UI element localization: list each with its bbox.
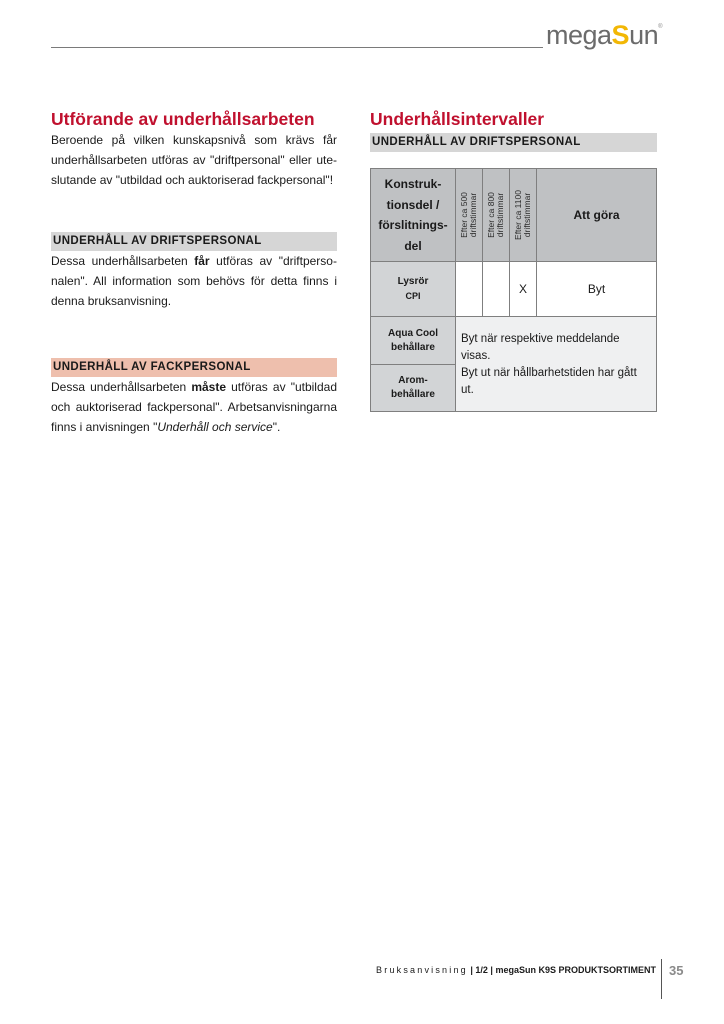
text: Dessa underhållsarbeten bbox=[51, 380, 191, 394]
text: behållare bbox=[391, 389, 435, 400]
section-title-maintenance-execution: Utförande av underhållsarbeten bbox=[51, 108, 337, 130]
component-cell: Aqua Coolbehållare bbox=[371, 317, 456, 365]
header-interval-1100: Efter ca 1100driftstimmar bbox=[510, 169, 537, 262]
subheading-operating-staff-intervals: UNDERHÅLL AV DRIFTSPERSONAL bbox=[370, 133, 657, 152]
text: driftstimmar bbox=[468, 193, 478, 237]
todo-cell: Byt bbox=[537, 262, 657, 317]
section-title-maintenance-intervals: Underhållsintervaller bbox=[370, 108, 657, 130]
interval-mark-cell bbox=[456, 262, 483, 317]
text: Aqua Cool bbox=[388, 328, 438, 339]
registered-mark: ® bbox=[658, 24, 662, 30]
header-component: Konstruk-tionsdel / förslitnings-del bbox=[371, 169, 456, 262]
intro-paragraph: Beroende på vilken kunskapsnivå som kräv… bbox=[51, 130, 337, 190]
page-footer: Bruksanvisning | 1/2 | megaSun K9S PRODU… bbox=[340, 965, 656, 975]
interval-mark-cell: X bbox=[510, 262, 537, 317]
text: Byt ut när hållbarhetstiden har gått ut. bbox=[461, 365, 651, 399]
subheading-specialist-staff: UNDERHÅLL AV FACKPERSONAL bbox=[51, 358, 337, 377]
page-number: 35 bbox=[669, 963, 683, 978]
text: driftstimmar bbox=[522, 193, 532, 237]
header-rule bbox=[51, 47, 543, 48]
logo-prefix: mega bbox=[546, 20, 612, 50]
footer-doc-label: Bruksanvisning bbox=[376, 965, 468, 975]
right-column: Underhållsintervaller UNDERHÅLL AV DRIFT… bbox=[370, 108, 657, 152]
header-interval-500: Efter ca 500driftstimmar bbox=[456, 169, 483, 262]
maintenance-interval-table: Konstruk-tionsdel / förslitnings-del Eft… bbox=[370, 168, 657, 412]
operating-staff-paragraph: Dessa underhållsarbeten får utföras av "… bbox=[51, 251, 337, 311]
text: Arom- bbox=[398, 375, 427, 386]
subheading-operating-staff: UNDERHÅLL AV DRIFTSPERSONAL bbox=[51, 232, 337, 251]
specialist-staff-paragraph: Dessa underhållsarbeten måste utföras av… bbox=[51, 377, 337, 437]
table-row: LysrörCPI X Byt bbox=[371, 262, 657, 317]
emphasis: måste bbox=[191, 380, 226, 394]
text: driftstimmar bbox=[495, 193, 505, 237]
megasun-logo: megaSun® bbox=[546, 20, 662, 51]
logo-suffix: un bbox=[629, 20, 658, 50]
text: Dessa underhållsarbeten bbox=[51, 254, 194, 268]
logo-sun-letter: S bbox=[612, 20, 630, 50]
header-todo: Att göra bbox=[537, 169, 657, 262]
header-interval-800: Efter ca 800driftstimmar bbox=[483, 169, 510, 262]
footer-part: | 1/2 | bbox=[470, 965, 493, 975]
component-cell: Arom-behållare bbox=[371, 365, 456, 412]
table-row: Aqua Coolbehållare Byt när respektive me… bbox=[371, 317, 657, 365]
text: ". bbox=[273, 420, 281, 434]
footer-product: megaSun K9S PRODUKTSORTIMENT bbox=[495, 965, 656, 975]
emphasis: får bbox=[194, 254, 209, 268]
reference-title: Underhåll och service bbox=[157, 420, 272, 434]
text: Lysrör bbox=[398, 276, 429, 287]
text: Byt när respektive meddelande visas. bbox=[461, 331, 651, 365]
text: CPI bbox=[405, 291, 420, 301]
left-column: Utförande av underhållsarbeten Beroende … bbox=[51, 108, 337, 437]
footer-divider bbox=[661, 959, 662, 999]
component-cell: LysrörCPI bbox=[371, 262, 456, 317]
interval-mark-cell bbox=[483, 262, 510, 317]
text: behållare bbox=[391, 342, 435, 353]
table-header-row: Konstruk-tionsdel / förslitnings-del Eft… bbox=[371, 169, 657, 262]
merged-todo-cell: Byt när respektive meddelande visas.Byt … bbox=[456, 317, 657, 412]
